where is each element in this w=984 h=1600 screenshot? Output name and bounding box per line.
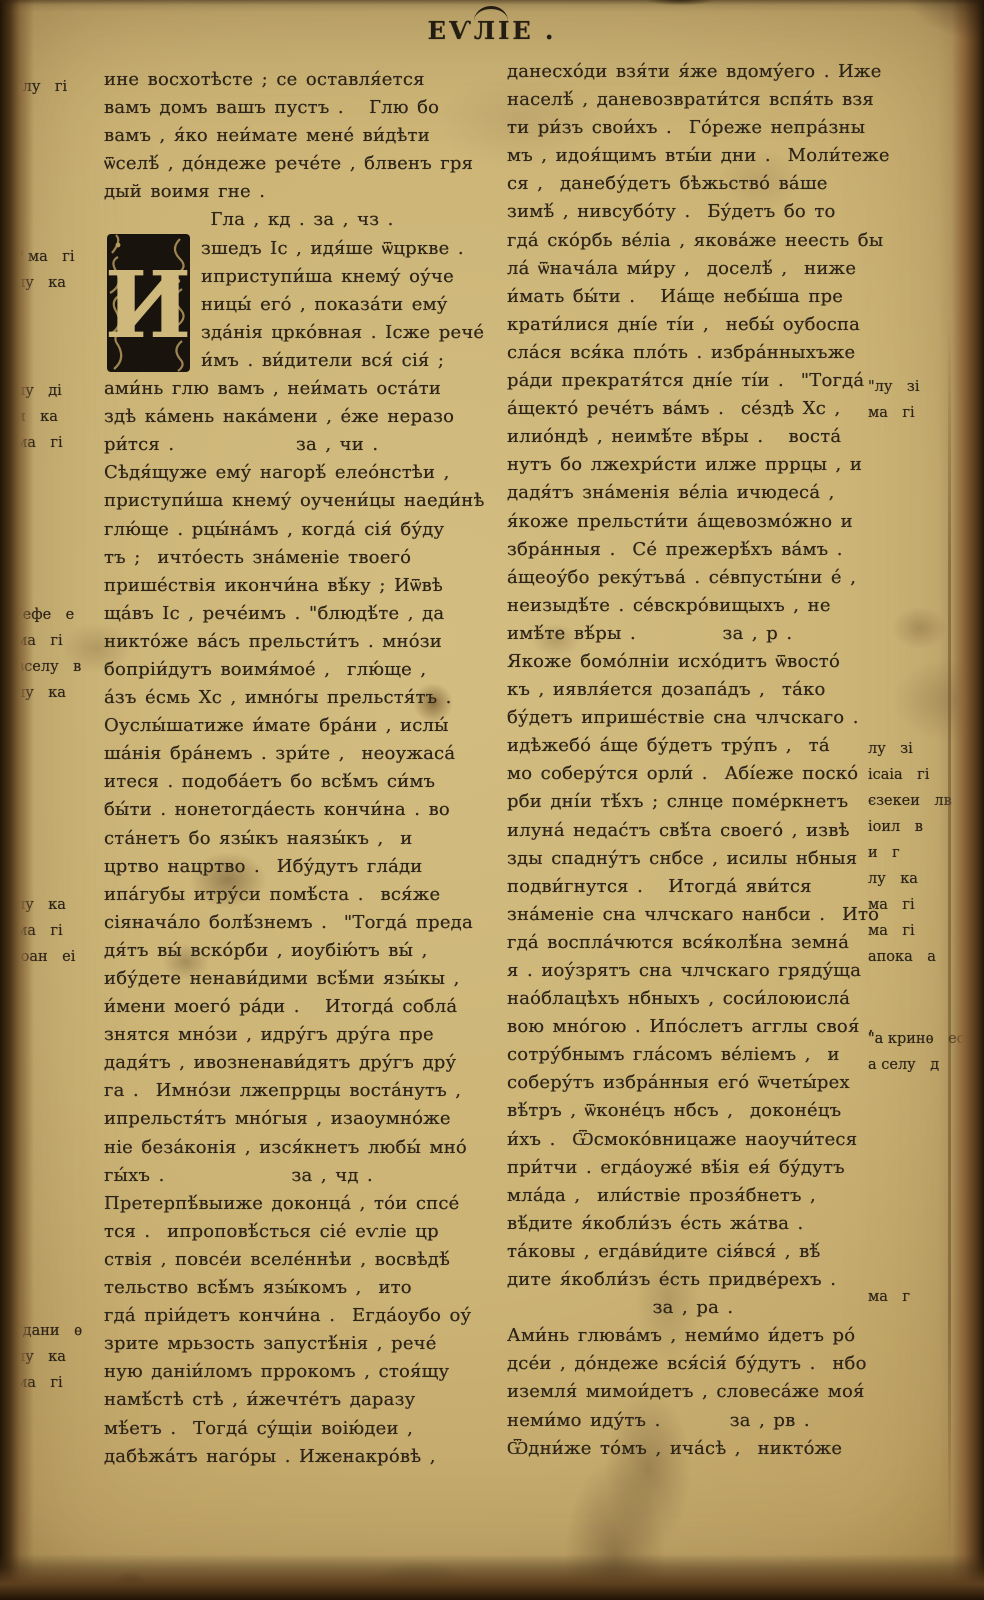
text-line: ніе беза́конія , изся́кнетъ любы́ мно́: [104, 1134, 500, 1162]
text-line: Якоже бомо́лніи исхо́дитъ ѿвосто́: [507, 648, 879, 676]
text-line: зна́меніе сна члчскаго нанбси . Ито: [507, 901, 879, 929]
text-line: збра́нныя . Се́ прежерѣ́хъ ва́мъ .: [507, 536, 879, 564]
margin-reference: "лу гі: [16, 74, 102, 100]
margin-note: лу кама гііоан еі: [16, 892, 102, 970]
text-line: никто́же ва́съ прельсти́тъ . мно́зи: [104, 628, 500, 656]
text-line: прише́ствія икончи́на вѣ́ку ; Иѿвѣ: [104, 572, 500, 600]
text-line: я́коже прельсти́ти а́щевозмо́жно и: [507, 508, 879, 536]
margin-reference: ма гі: [16, 628, 102, 654]
text-line: мъ , идоя́щимъ вты́и дни . Моли́теже: [507, 142, 879, 170]
text-line: нао́блацѣхъ нбныхъ , соси́лоюисла́: [507, 985, 879, 1013]
text-line: вѣ́дите я́кобли́зъ е́сть жа́тва .: [507, 1210, 879, 1238]
text-line: Претерпѣ́выиже доконца́ , то́и спсе́: [104, 1190, 500, 1218]
text-line: населѣ́ , даневозврати́тся вспя́ть взя: [507, 86, 879, 114]
page-edge-bottom: [0, 1554, 984, 1600]
text-line: ша́нія бра́немъ . зри́те , неоужаса́: [104, 740, 500, 768]
margin-note: * ма гілу ка: [16, 244, 102, 296]
text-line: ла́ ѿнача́ла ми́ру , доселѣ́ , ниже: [507, 255, 879, 283]
zachalo-number: за , чд .: [165, 1162, 500, 1190]
text-line: га . Имно́зи лжепррцы воста́нутъ ,: [104, 1077, 500, 1105]
text-line: дабѣжа́тъ наго́ры . Иженакро́вѣ ,: [104, 1443, 500, 1471]
text-line: гда́ ско́рбь ве́ліа , якова́же неесть бы: [507, 227, 879, 255]
text-line: ипрельстя́тъ мно́гыя , изаоумно́же: [104, 1105, 500, 1133]
margin-reference: лу ка: [16, 680, 102, 706]
margin-reference: лу ка: [868, 866, 980, 892]
column-left: ине восхотѣсте ; се оставля́етсявамъ дом…: [104, 66, 500, 1471]
text-line: ницы́ его́ , показа́ти ему́: [104, 291, 500, 319]
text-line: ри́тся .за , чи .: [104, 431, 500, 459]
text-line: данесхо́ди взя́ти я́же вдому́его . Иже: [507, 58, 879, 86]
text-line: бопріи́дутъ воимя́мое́ , глю́ще ,: [104, 656, 500, 684]
zachalo-number: за , р .: [636, 620, 879, 648]
text-line: зды спадну́тъ снбсе , исилы нбныя: [507, 845, 879, 873]
text-line: зшедъ Іс , идя́ше ѿцркве .: [104, 235, 500, 263]
text-line: Гла , кд . за , чз .: [104, 206, 500, 234]
text-line: мо соберу́тся орли́ . Абі́еже поско́: [507, 760, 879, 788]
text-line: дый воимя гне .: [104, 178, 500, 206]
text-line: дя́тъ вы́ вско́рби , иоубію́тъ вы́ ,: [104, 937, 500, 965]
margin-reference: * ма гі: [16, 244, 102, 270]
text-line: ща́въ Іс , рече́имъ . "блюдѣ́те , да: [104, 600, 500, 628]
text-line: Оуслы́шатиже и́мате бра́ни , ислы́: [104, 712, 500, 740]
text-line: а́щекто́ рече́тъ ва́мъ . се́здѣ Хс ,: [507, 395, 879, 423]
margin-notes-left: "лу гі* ма гілу калу діи кама гі"ефе ема…: [16, 0, 102, 1600]
margin-notes-right: "лу зіма гілу зіісаіа гієзекеи лвіоил ви…: [868, 0, 980, 1600]
text-line: ипа́губы итру́си помѣ́ста . вся́же: [104, 881, 500, 909]
text-line: за , ра .: [507, 1294, 879, 1322]
margin-note: "лу зіма гі: [868, 374, 980, 426]
margin-reference: а селу д: [868, 1052, 980, 1078]
margin-reference: ма гі: [868, 918, 980, 944]
column-right: данесхо́ди взя́ти я́же вдому́его . Ижена…: [507, 58, 879, 1463]
text-line: мѣ́етъ . Тогда́ су́щіи воію́деи ,: [104, 1415, 500, 1443]
text-line: а́щеоу́бо реку́тъва́ . се́впусты́ни е́ ,: [507, 564, 879, 592]
text-line: ами́нь глю вамъ , неи́мать оста́ти: [104, 375, 500, 403]
text-line: сіянача́ло болѣ́знемъ . "Тогда́ преда: [104, 909, 500, 937]
text-line: тельство всѣ́мъ язы́комъ , ито: [104, 1274, 500, 1302]
margin-note: ма г: [868, 1284, 980, 1310]
text-line: бу́детъ иприше́ствіе сна члчскаго .: [507, 704, 879, 732]
margin-reference: апока а: [868, 944, 980, 970]
text-line: бы́ти . нонетогда́есть кончи́на . во: [104, 796, 500, 824]
zachalo-number: за , чи .: [174, 431, 500, 459]
zachalo-number: за , рв .: [661, 1407, 879, 1435]
margin-reference: лу ка: [16, 1344, 102, 1370]
margin-note: "лу гі: [16, 74, 102, 100]
text-line: рби дні́и тѣ́хъ ; слнце поме́ркнетъ: [507, 788, 879, 816]
margin-reference: іоил в: [868, 814, 980, 840]
text-line: илуна́ недас́тъ свѣ́та своего́ , извѣ: [507, 817, 879, 845]
text-line: нутъ бо лжехри́сти илже пррцы , и: [507, 451, 879, 479]
text-line: а́зъ е́смь Хс , имно́гы прельстя́тъ .: [104, 684, 500, 712]
text-line: сотру́бнымъ гла́сомъ ве́ліемъ , и: [507, 1041, 879, 1069]
text-line: идѣжебо́ а́ще бу́детъ тру́пъ , та́: [507, 732, 879, 760]
margin-reference: "лу зі: [868, 374, 980, 400]
text-line: и́мъ . ви́дители вся́ сія́ ;: [104, 347, 500, 375]
book-page: ЕѴЛІЕ . И ине восхотѣсте ; се оставля́ет…: [0, 0, 984, 1600]
text-line: итеся . подоба́етъ бо всѣ́мъ си́мъ: [104, 768, 500, 796]
text-line: тся . ипроповѣ́сться сіе́ еѵліе цр: [104, 1218, 500, 1246]
margin-reference: и ка: [16, 404, 102, 430]
margin-reference: ма гі: [16, 918, 102, 944]
margin-note: "а кринѳ еоа селу д: [868, 1026, 980, 1078]
text-line: ѿселѣ́ , до́ндеже рече́те , блвенъ гря: [104, 150, 500, 178]
margin-reference: "дани ѳ: [16, 1318, 102, 1344]
text-fragment: гы́хъ .: [104, 1162, 165, 1190]
text-line: Ами́нь глюва́мъ , неми́мо и́детъ ро́: [507, 1322, 879, 1350]
text-line: подви́гнутся . Итогда́ яви́тся: [507, 873, 879, 901]
text-line: ся , данебу́детъ бѣжьство́ ва́ше: [507, 170, 879, 198]
margin-reference: ма гі: [16, 1370, 102, 1396]
text-line: я . иоу́зрятъ сна члчскаго гряду́ща: [507, 957, 879, 985]
margin-note: "дани ѳлу кама гі: [16, 1318, 102, 1396]
text-fragment: неми́мо иду́тъ .: [507, 1407, 661, 1435]
text-line: здѣ ка́мень нака́мени , е́же неразо: [104, 403, 500, 431]
margin-note: "ефе ема гівселу влу ка: [16, 602, 102, 706]
margin-reference: лу зі: [868, 736, 980, 762]
text-line: ную даніи́ломъ пррокомъ , стоя́щу: [104, 1358, 500, 1386]
text-line: ине восхотѣсте ; се оставля́ется: [104, 66, 500, 94]
margin-reference: лу ді: [16, 378, 102, 404]
text-line: вѣ́тръ , ѿконе́цъ нбсъ , доконе́цъ: [507, 1097, 879, 1125]
text-line: знятся мно́зи , идру́гъ дру́га пре: [104, 1021, 500, 1049]
text-line: илио́ндѣ , неимѣ́те вѣ́ры . воста́: [507, 423, 879, 451]
text-line: дадя́тъ , ивозненави́дятъ дру́гъ дру́: [104, 1049, 500, 1077]
margin-reference: "а кринѳ ео: [868, 1026, 980, 1052]
text-line: ра́ди прекратя́тся дні́е ті́и . "Тогда́: [507, 367, 879, 395]
margin-reference: ма гі: [868, 892, 980, 918]
margin-note: лу кама гіма гіапока а: [868, 866, 980, 970]
text-line: при́тчи . егда́оуже́ вѣ́ія ея́ бу́дутъ: [507, 1154, 879, 1182]
margin-reference: іоан еі: [16, 944, 102, 970]
text-line: неизыдѣ́те . се́вскро́вищыхъ , не: [507, 592, 879, 620]
text-line: ста́нетъ бо язы́къ наязы́къ , и: [104, 825, 500, 853]
text-line: и́мать бы́ти . Иа́ще небы́ша пре: [507, 283, 879, 311]
text-line: зимѣ́ , нивсубо́ту . Бу́детъ бо то: [507, 198, 879, 226]
margin-note: лу діи кама гі: [16, 378, 102, 456]
text-fragment: имѣ́те вѣ́ры .: [507, 620, 636, 648]
text-line: намѣ́стѣ стѣ , и́жечте́тъ даразу: [104, 1386, 500, 1414]
margin-reference: ма гі: [16, 430, 102, 456]
margin-reference: "ефе е: [16, 602, 102, 628]
text-line: гда́ пріи́детъ кончи́на . Егда́оубо оу́: [104, 1302, 500, 1330]
text-line: цртво нацртво . Ибу́дутъ гла́ди: [104, 853, 500, 881]
margin-reference: ісаіа гі: [868, 762, 980, 788]
margin-note: лу зіісаіа гієзекеи лвіоил ви г: [868, 736, 980, 866]
margin-reference: лу ка: [16, 892, 102, 918]
margin-reference: єзекеи лв: [868, 788, 980, 814]
text-line: дадя́тъ зна́менія ве́ліа ичюдеса́ ,: [507, 479, 879, 507]
text-line: вою мно́гою . Ипо́слетъ агглы своя́ ,: [507, 1013, 879, 1041]
text-line: мла́да , или́ствіе прозя́бнетъ ,: [507, 1182, 879, 1210]
text-line: Сѣдя́щуже ему́ нагорѣ́ елео́нстѣи ,: [104, 459, 500, 487]
text-line: неми́мо иду́тъ .за , рв .: [507, 1407, 879, 1435]
text-line: приступи́ша кнему́ оучени́цы наеди́нѣ: [104, 487, 500, 515]
top-notch-shadow: [640, 0, 720, 9]
text-line: иприступи́ша кнему́ оу́че: [104, 263, 500, 291]
margin-reference: ма гі: [868, 400, 980, 426]
text-line: тъ ; ичто́есть зна́меніе твоего́: [104, 544, 500, 572]
text-line: глю́ще . рцы́на́мъ , когда́ сія́ бу́ду: [104, 516, 500, 544]
text-line: гы́хъ .за , чд .: [104, 1162, 500, 1190]
text-line: гда́ воспла́чются вся́колѣ́на земна́: [507, 929, 879, 957]
margin-reference: вселу в: [16, 654, 102, 680]
text-line: имѣ́те вѣ́ры .за , р .: [507, 620, 879, 648]
text-line: дсе́и , до́ндеже вся́сія́ бу́дутъ . нбо: [507, 1350, 879, 1378]
text-line: зда́нія црко́вная . Ісже рече́: [104, 319, 500, 347]
text-line: ствія , повсе́и вселе́ннѣи , восвѣдѣ́: [104, 1246, 500, 1274]
text-line: и́хъ . Ѿсмоко́вницаже наоучи́теся: [507, 1126, 879, 1154]
text-line: Ѿдни́же то́мъ , ича́сѣ , никто́же: [507, 1435, 879, 1463]
text-line: крати́лися дні́е ті́и , небы́ оубоспа: [507, 311, 879, 339]
margin-reference: лу ка: [16, 270, 102, 296]
text-line: и́мени моего́ ра́ди . Итогда́ собла́: [104, 993, 500, 1021]
text-line: сла́ся вся́ка пло́ть . избра́нныхъже: [507, 339, 879, 367]
margin-reference: и г: [868, 840, 980, 866]
text-line: соберу́тъ избра́нныя его́ ѿчеты́рех: [507, 1069, 879, 1097]
margin-reference: ма г: [868, 1284, 980, 1310]
text-line: дите я́кобли́зъ е́сть придве́рехъ .: [507, 1266, 879, 1294]
text-line: та́ковы , егда́ви́дите сія́вся́ , вѣ́: [507, 1238, 879, 1266]
text-line: вамъ , я́ко неи́мате мене́ ви́дѣти: [104, 122, 500, 150]
text-line: иземля́ мимои́детъ , словеса́же моя́: [507, 1378, 879, 1406]
text-fragment: ри́тся .: [104, 431, 174, 459]
text-line: вамъ домъ вашъ пустъ . Глю бо: [104, 94, 500, 122]
text-line: ибу́дете ненави́дими всѣ́ми язы́кы ,: [104, 965, 500, 993]
text-line: къ , иявля́ется дозапа́дъ , та́ко: [507, 676, 879, 704]
text-line: зрите мрьзость запустѣ́нія , рече́: [104, 1330, 500, 1358]
text-line: ти ри́зъ свои́хъ . Го́реже непра́зны: [507, 114, 879, 142]
running-title: ЕѴЛІЕ .: [0, 16, 984, 45]
